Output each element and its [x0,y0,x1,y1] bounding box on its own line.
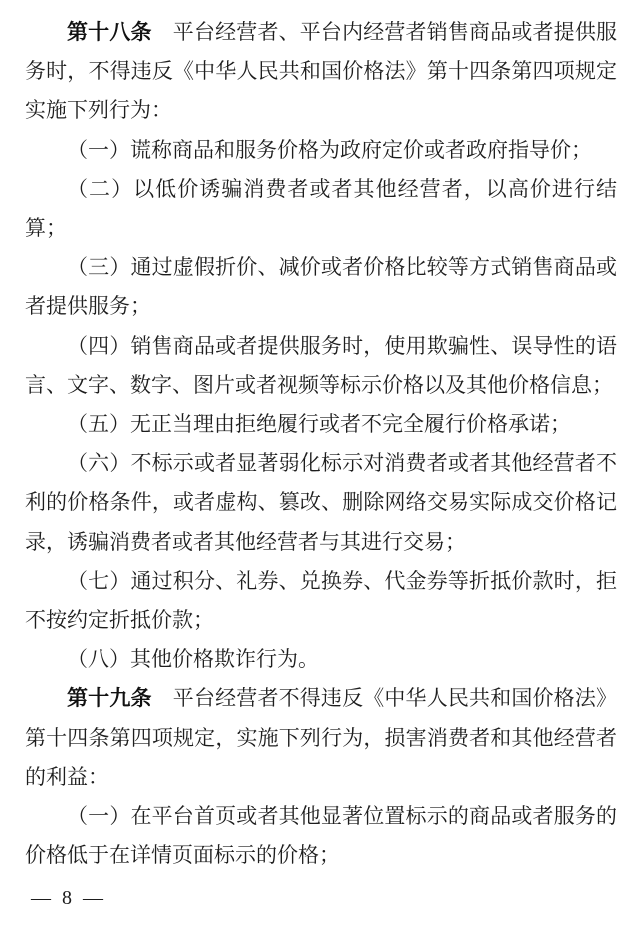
paragraph-item-18-1: （一）谎称商品和服务价格为政府定价或者政府指导价； [25,131,617,170]
article-18-number: 第十八条 [67,20,152,44]
article-19-number: 第十九条 [67,686,152,710]
document-body: 第十八条 平台经营者、平台内经营者销售商品或者提供服务时，不得违反《中华人民共和… [25,13,617,875]
paragraph-article-19: 第十九条 平台经营者不得违反《中华人民共和国价格法》第十四条第四项规定，实施下列… [25,679,617,797]
paragraph-item-18-3: （三）通过虚假折价、减价或者价格比较等方式销售商品或者提供服务； [25,248,617,326]
paragraph-item-18-6: （六）不标示或者显著弱化标示对消费者或者其他经营者不利的价格条件，或者虚构、篡改… [25,444,617,562]
document-page: 第十八条 平台经营者、平台内经营者销售商品或者提供服务时，不得违反《中华人民共和… [0,0,623,927]
paragraph-item-18-7: （七）通过积分、礼券、兑换券、代金券等折抵价款时，拒不按约定折抵价款； [25,562,617,640]
paragraph-item-19-1: （一）在平台首页或者其他显著位置标示的商品或者服务的价格低于在详情页面标示的价格… [25,797,617,875]
paragraph-item-18-5: （五）无正当理由拒绝履行或者不完全履行价格承诺； [25,405,617,444]
paragraph-item-18-8: （八）其他价格欺诈行为。 [25,640,617,679]
paragraph-item-18-2: （二）以低价诱骗消费者或者其他经营者，以高价进行结算； [25,170,617,248]
paragraph-article-18: 第十八条 平台经营者、平台内经营者销售商品或者提供服务时，不得违反《中华人民共和… [25,13,617,131]
page-number: — 8 — [31,886,104,910]
paragraph-item-18-4: （四）销售商品或者提供服务时，使用欺骗性、误导性的语言、文字、数字、图片或者视频… [25,327,617,405]
